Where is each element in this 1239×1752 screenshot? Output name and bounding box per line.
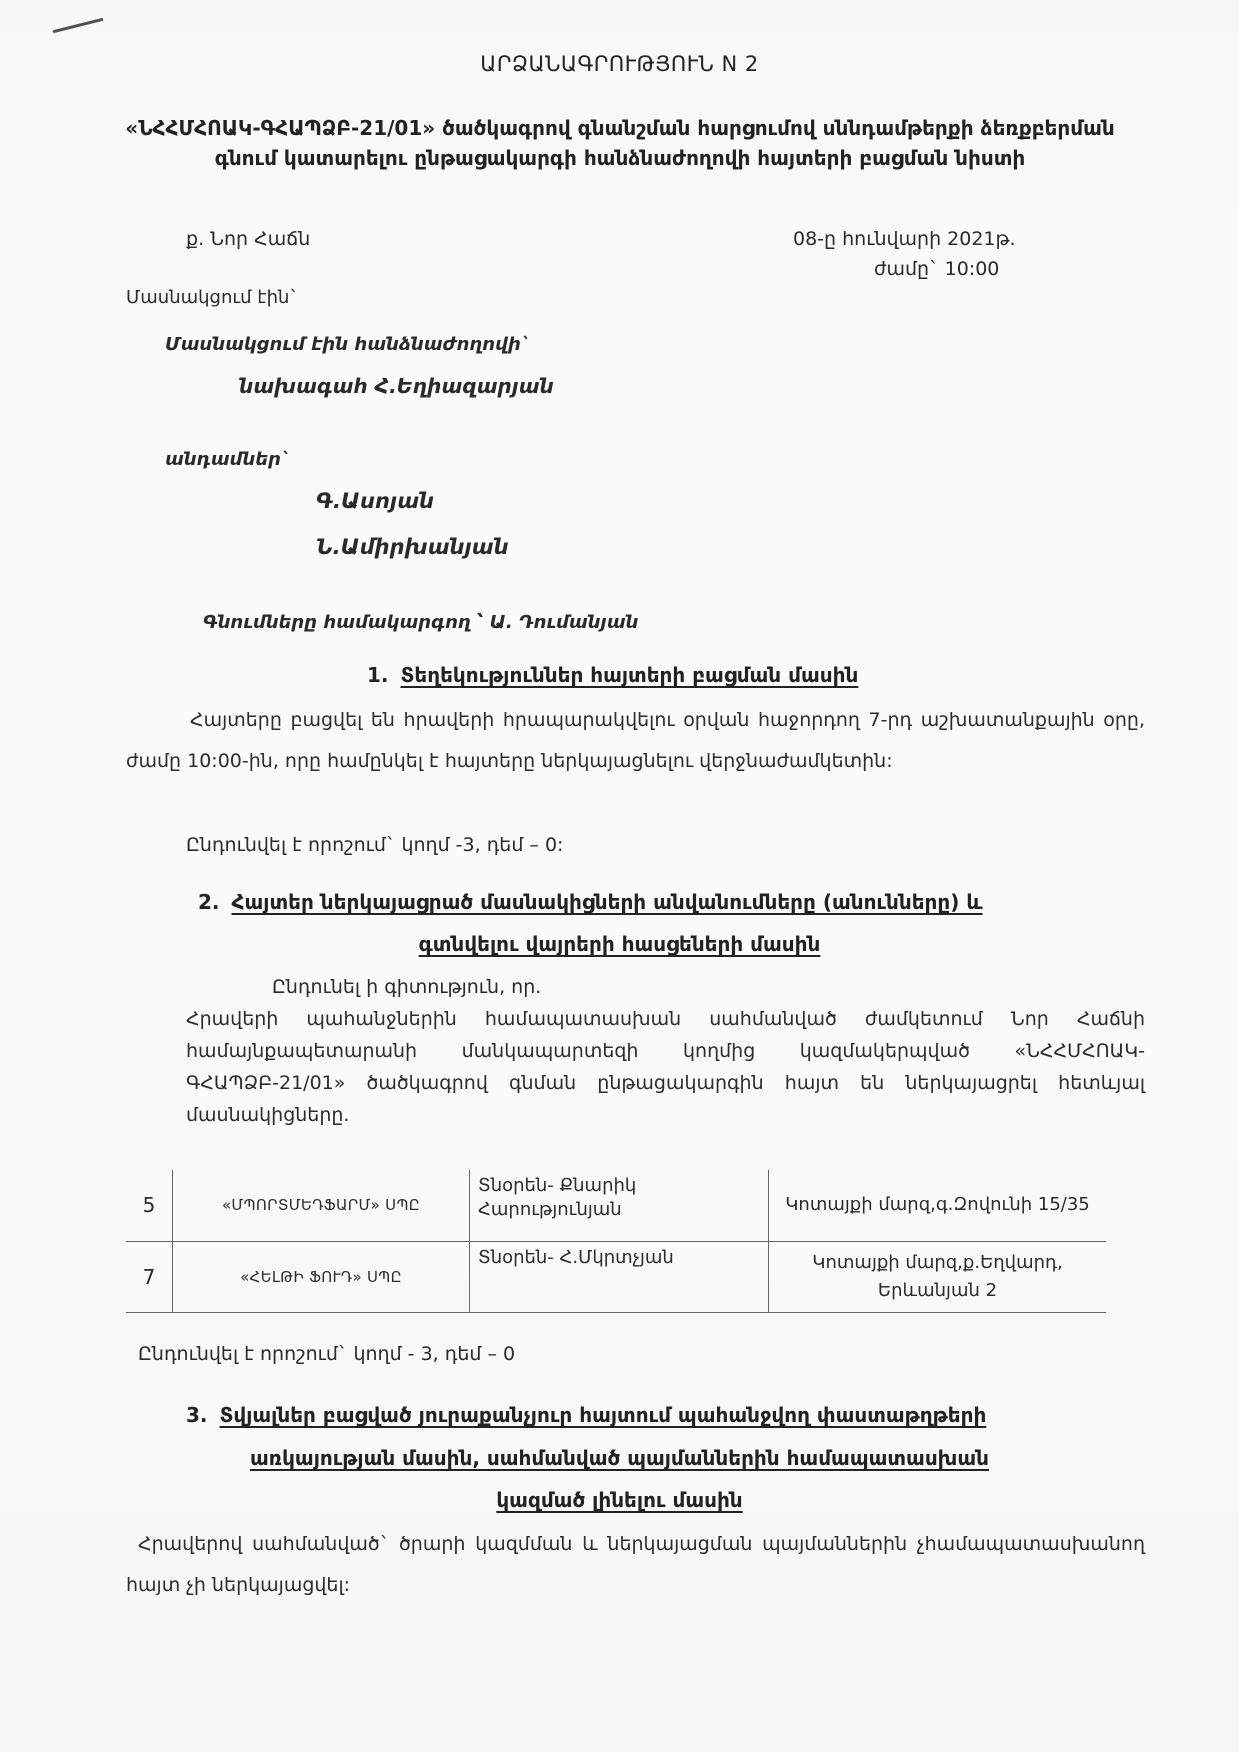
section-1-paragraph: Հայտերը բացվել են հրավերի հրապարակվելու … [126,700,1145,782]
section-title: Հայտեր ներկայացրած մասնակիցների անվանում… [232,890,983,914]
participated-label: Մասնակցում էին` [126,287,298,308]
section-3-heading: 3.Տվյալներ բացված յուրաքանչյուր հայտում … [186,1403,986,1427]
section-number: 2. [198,890,220,914]
document-subtitle: «ՆՀՀՄՀՈԱԿ-ԳՀԱՊՁԲ-21/01» ծածկագրով գնանշմ… [120,113,1120,173]
participant-number: 5 [126,1170,173,1241]
section-number: 3. [186,1403,208,1427]
members-label: անդամներ` [165,449,290,470]
section-1-heading: 1.Տեղեկություններ հայտերի բացման մասին [367,663,858,687]
committee-member: Գ.Ասոյան [316,489,434,513]
section-3-heading-continued: կազմած լինելու մասին [0,1488,1239,1512]
section-2-heading-continued: գտնվելու վայրերի հասցեների մասին [0,932,1239,956]
section-3-heading-continued: առկայության մասին, սահմանված պայմաններին… [0,1446,1239,1470]
city: ք. Նոր Հաճն [186,228,310,250]
committee-label: Մասնակցում էին հանձնաժողովի` [165,334,530,355]
section-2-heading: 2.Հայտեր ներկայացրած մասնակիցների անվանո… [198,890,983,914]
section-3-paragraph: Հրավերով սահմանված` ծրարի կազմման և ներկ… [126,1524,1145,1606]
participants-table: 5 «ՄՊՈՐՏՄԵԴՖԱՐՄ» ՍՊԸ Տնօրեն- Քնարիկ Հարո… [126,1170,1106,1313]
document-page: ԱՐՁԱՆԱԳՐՈՒԹՅՈՒՆ N 2 «ՆՀՀՄՀՈԱԿ-ԳՀԱՊՁԲ-21/… [0,0,1239,1752]
pen-stroke-mark [52,18,103,33]
table-row: 7 «ՀԵԼԹԻ ՖՈՒԴ» ՍՊԸ Տնօրեն- Հ.Մկրտչյան Կո… [126,1241,1106,1312]
section-title: առկայության մասին, սահմանված պայմաններին… [250,1446,989,1470]
committee-member: Ն.Ամիրխանյան [316,535,509,559]
section-title: կազմած լինելու մասին [496,1488,742,1512]
participant-director: Տնօրեն- Հ.Մկրտչյան [470,1241,769,1312]
date: 08-ը հունվարի 2021թ. [793,228,1016,250]
participant-name: «ՀԵԼԹԻ ՖՈՒԴ» ՍՊԸ [173,1241,470,1312]
participant-address: Կոտայքի մարզ,գ.Զովունի 15/35 [769,1170,1107,1241]
section-2-decision: Ընդունվել է որոշում` կողմ - 3, դեմ – 0 [138,1343,515,1365]
section-title: Տվյալներ բացված յուրաքանչյուր հայտում պա… [220,1403,987,1427]
committee-chair: նախագահ Հ.Եղիազարյան [239,374,554,398]
section-title: Տեղեկություններ հայտերի բացման մասին [401,663,859,687]
participant-name: «ՄՊՈՐՏՄԵԴՖԱՐՄ» ՍՊԸ [173,1170,470,1241]
section-number: 1. [367,663,389,687]
section-1-decision: Ընդունվել է որոշում` կողմ -3, դեմ – 0: [186,834,563,856]
participant-address: Կոտայքի մարզ,ք.Եղվարդ, Երևանյան 2 [769,1241,1107,1312]
table-row: 5 «ՄՊՈՐՏՄԵԴՖԱՐՄ» ՍՊԸ Տնօրեն- Քնարիկ Հարո… [126,1170,1106,1241]
document-title: ԱՐՁԱՆԱԳՐՈՒԹՅՈՒՆ N 2 [0,52,1239,76]
participant-number: 7 [126,1241,173,1312]
time: ժամը` 10:00 [874,258,999,280]
section-title: գտնվելու վայրերի հասցեների մասին [419,932,821,956]
procurement-coordinator: Գնումները համակարգող ՝ Ա. Դումանյան [203,612,638,633]
participant-director: Տնօրեն- Քնարիկ Հարությունյան [470,1170,769,1241]
section-2-paragraph: Հրավերի պահանջներին համապատասխան սահմանվ… [186,1003,1145,1131]
section-2-acknowledge: Ընդունել ի գիտություն, որ. [272,976,541,998]
